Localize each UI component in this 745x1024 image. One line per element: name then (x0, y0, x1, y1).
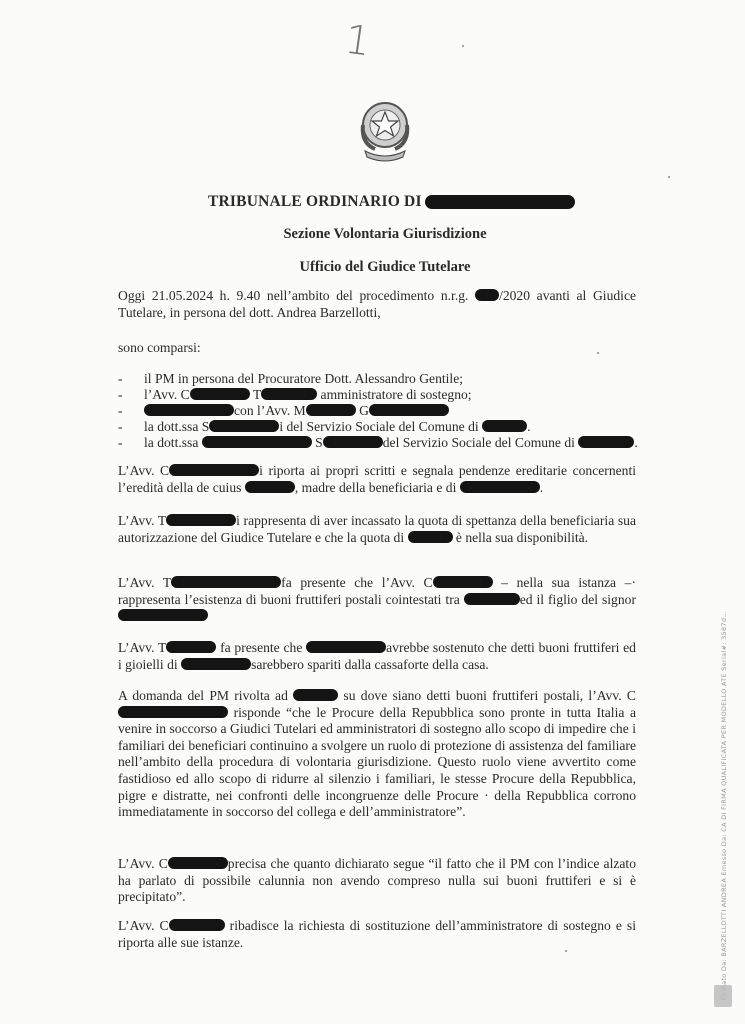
text-run: A domanda del PM rivolta ad (118, 688, 293, 703)
redaction (118, 706, 228, 718)
text-run: su dove siano detti buoni fruttiferi pos… (338, 688, 636, 703)
redaction (181, 658, 251, 670)
redaction (306, 641, 386, 653)
paragraph: L’Avv. T fa presente che avrebbe sostenu… (118, 640, 636, 673)
text-run: la dott.ssa S (144, 419, 209, 434)
text-run: L’Avv. C (118, 856, 168, 871)
paragraph: L’Avv. C ribadisce la richiesta di sosti… (118, 918, 636, 951)
list-dash: - (118, 435, 144, 451)
document-page: 1 TRIBUNALE ORDINARIO DI Sezione Volonta… (0, 0, 745, 1024)
text-run: i del Servizio Sociale del Comune di (279, 419, 482, 434)
redaction (144, 404, 234, 416)
redaction (209, 420, 279, 432)
list-dash: - (118, 419, 144, 435)
text-run: l’Avv. C (144, 387, 190, 402)
paragraph: L’Avv. Tfa presente che l’Avv. C – nella… (118, 575, 636, 625)
redaction (293, 689, 338, 701)
text-run: del Servizio Sociale del Comune di (383, 435, 579, 450)
intro-paragraph: Oggi 21.05.2024 h. 9.40 nell’ambito del … (118, 288, 636, 321)
attendee-item: -l’Avv. C T amministratore di sostegno; (118, 387, 658, 403)
attendees-list: -il PM in persona del Procuratore Dott. … (118, 371, 658, 451)
handwritten-page-number: 1 (342, 16, 374, 65)
office-title: Ufficio del Giudice Tutelare (0, 259, 745, 276)
redaction (169, 464, 259, 476)
attendee-text: con l’Avv. M G (144, 403, 449, 419)
redaction (171, 576, 281, 588)
redaction (425, 195, 575, 209)
text-run: G (356, 403, 369, 418)
attendee-item: -la dott.ssa Si del Servizio Sociale del… (118, 419, 658, 435)
text-run: L’Avv. T (118, 575, 171, 590)
paragraph: A domanda del PM rivolta ad su dove sian… (118, 688, 636, 821)
signature-seal-icon (714, 985, 732, 1007)
redaction (408, 531, 453, 543)
scan-speck (462, 45, 464, 47)
redaction (369, 404, 449, 416)
court-title-text: TRIBUNALE ORDINARIO DI (208, 193, 422, 211)
attendee-item: -la dott.ssa Sdel Servizio Sociale del C… (118, 435, 658, 451)
italian-republic-emblem-icon (355, 95, 415, 165)
attendee-text: la dott.ssa Sdel Servizio Sociale del Co… (144, 435, 638, 451)
redaction (323, 436, 383, 448)
text-run: il PM in persona del Procuratore Dott. A… (144, 371, 463, 386)
text-run: con l’Avv. M (234, 403, 306, 418)
text-run: . (540, 480, 543, 495)
scan-speck (597, 352, 599, 354)
scan-speck (668, 176, 670, 178)
redaction (190, 388, 250, 400)
intro-text: Oggi 21.05.2024 h. 9.40 nell’ambito del … (118, 288, 475, 303)
text-run: risponde “che le Procure della Repubblic… (118, 705, 636, 820)
attendee-text: la dott.ssa Si del Servizio Sociale del … (144, 419, 530, 435)
redaction (169, 919, 225, 931)
text-run: . (527, 419, 530, 434)
text-run: S (312, 435, 323, 450)
text-run: L’Avv. C (118, 463, 169, 478)
redaction (464, 593, 520, 605)
attendee-text: il PM in persona del Procuratore Dott. A… (144, 371, 463, 387)
text-run: T (250, 387, 261, 402)
redaction (118, 609, 208, 621)
section-title: Sezione Volontaria Giurisdizione (0, 226, 745, 243)
list-dash: - (118, 371, 144, 387)
text-run: ed il figlio del signor (520, 592, 636, 607)
list-dash: - (118, 387, 144, 403)
text-run: L’Avv. T (118, 640, 166, 655)
list-dash: - (118, 403, 144, 419)
redaction (166, 641, 216, 653)
redaction (261, 388, 317, 400)
attendee-item: -il PM in persona del Procuratore Dott. … (118, 371, 658, 387)
attendees-label: sono comparsi: (118, 340, 636, 357)
attendee-text: l’Avv. C T amministratore di sostegno; (144, 387, 472, 403)
text-run: L’Avv. C (118, 918, 169, 933)
text-run: la dott.ssa (144, 435, 202, 450)
redaction (433, 576, 493, 588)
redaction (460, 481, 540, 493)
paragraph: L’Avv. Ci riporta ai propri scritti e se… (118, 463, 636, 496)
redaction (306, 404, 356, 416)
redaction (166, 514, 236, 526)
redaction (168, 857, 228, 869)
redaction (245, 481, 295, 493)
redaction (578, 436, 634, 448)
digital-signature-stamp: Firmato Da: BARZELLOTTI ANDREA Emesso Da… (720, 611, 728, 1000)
redaction (475, 289, 499, 301)
paragraph: L’Avv. Ti rappresenta di aver incassato … (118, 513, 636, 546)
court-title: TRIBUNALE ORDINARIO DI (208, 193, 575, 211)
text-run: è nella sua disponibilità. (453, 530, 589, 545)
paragraph: L’Avv. Cprecisa che quanto dichiarato se… (118, 856, 636, 906)
redaction (202, 436, 312, 448)
text-run: sarebbero spariti dalla cassaforte della… (251, 657, 489, 672)
text-run: L’Avv. T (118, 513, 166, 528)
text-run: fa presente che (216, 640, 306, 655)
text-run: . (634, 435, 637, 450)
text-run: , madre della beneficiaria e di (295, 480, 460, 495)
text-run: fa presente che l’Avv. C (281, 575, 432, 590)
text-run: amministratore di sostegno; (317, 387, 471, 402)
scan-speck (565, 950, 567, 952)
attendee-item: -con l’Avv. M G (118, 403, 658, 419)
redaction (482, 420, 527, 432)
